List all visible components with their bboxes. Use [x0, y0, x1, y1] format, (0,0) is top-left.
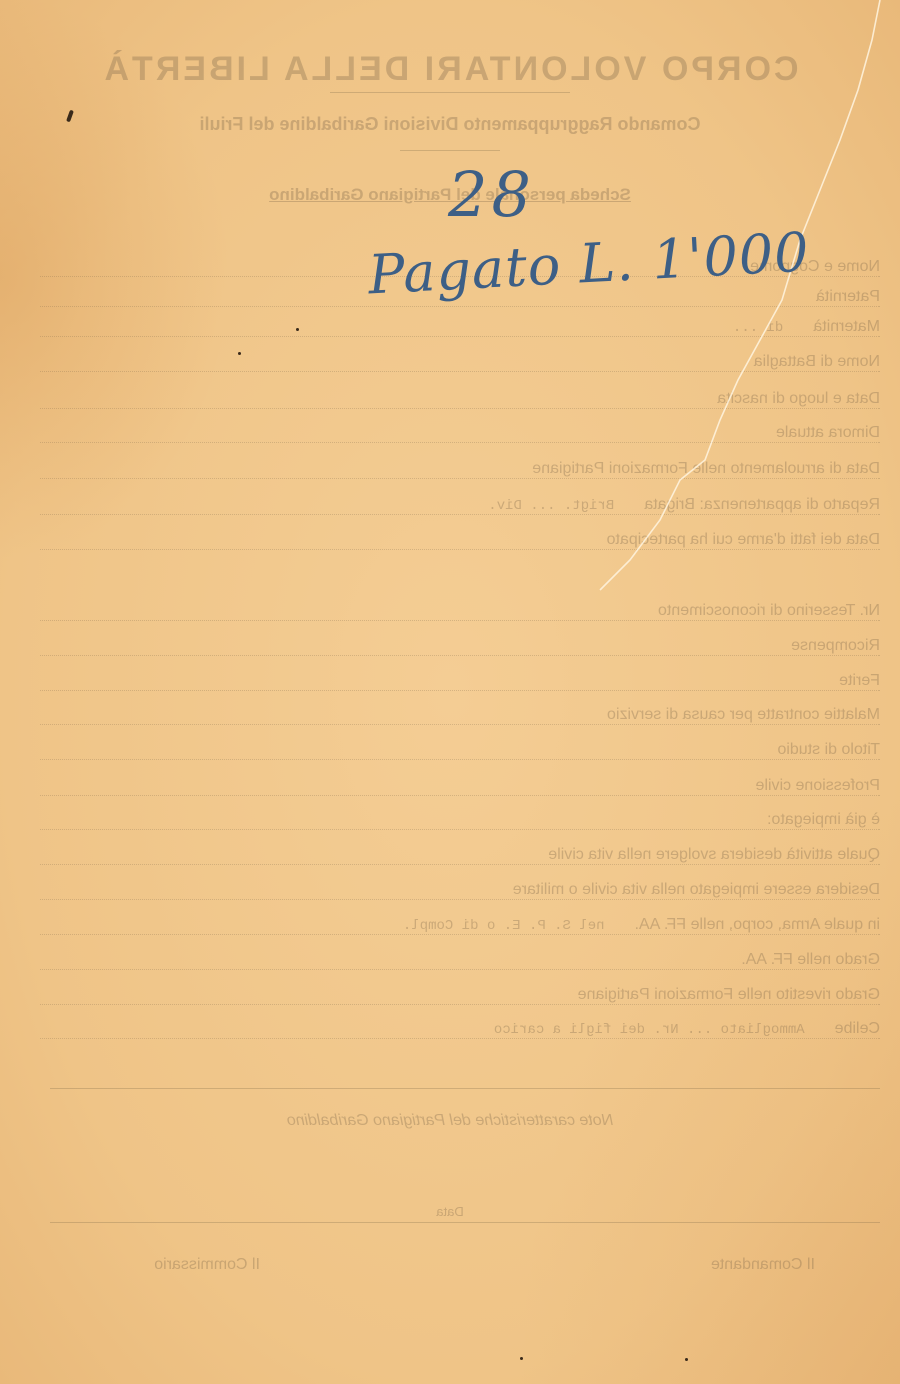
handwritten-number: 28	[448, 158, 535, 231]
ink-speck	[296, 328, 299, 331]
ink-speck	[685, 1358, 688, 1361]
ink-speck	[238, 352, 241, 355]
ink-speck	[520, 1357, 523, 1360]
document-page: CORPO VOLONTARI DELLA LIBERTÀ Comando Ra…	[0, 0, 900, 1384]
